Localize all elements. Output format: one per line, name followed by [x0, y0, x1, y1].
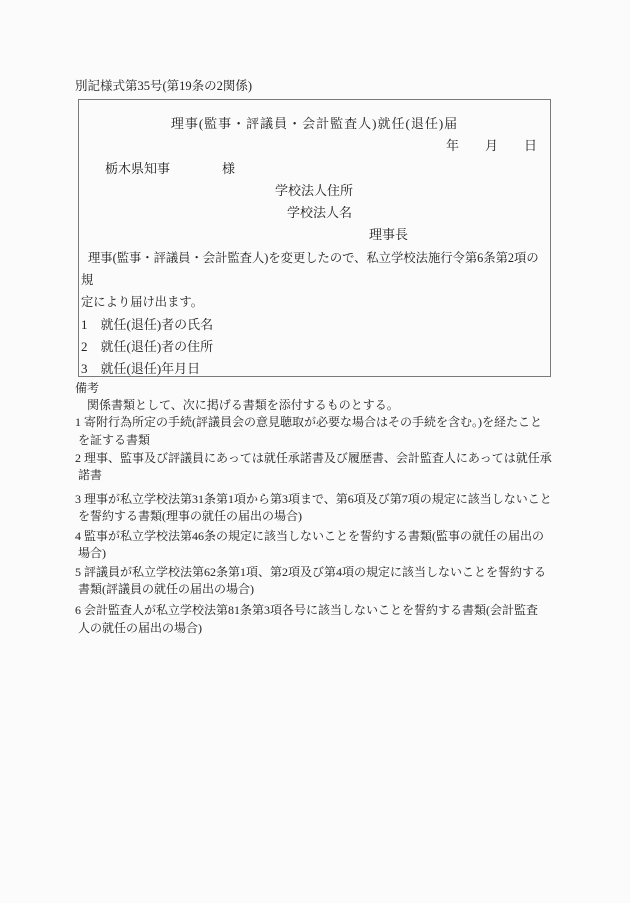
form-title: 理事(監事・評議員・会計監査人)就任(退任)届	[79, 113, 550, 135]
corporation-name-label: 学校法人名	[79, 202, 550, 224]
date-line: 年 月 日	[79, 135, 550, 157]
remark-item: 1 寄附行為所定の手続(評議員会の意見聴取が必要な場合はその手続を含む。)を経た…	[75, 414, 620, 448]
remarks-section: 備考 関係書類として、次に掲げる書類を添付するものとする。 1 寄附行為所定の手…	[75, 380, 620, 637]
remark-item: 3 理事が私立学校法第31条第1項から第3項まで、第6項及び第7項の規定に該当し…	[75, 491, 620, 525]
remark-item: 6 会計監査人が私立学校法第81条第3項各号に該当しないことを誓約する書類(会計…	[75, 602, 620, 636]
addressee-line: 栃木県知事 様	[79, 158, 550, 180]
remark-item: 5 評議員が私立学校法第62条第1項、第2項及び第4項の規定に該当しないことを誓…	[75, 564, 620, 598]
chairman-label: 理事長	[79, 224, 550, 246]
form-item-name: 1 就任(退任)者の氏名	[79, 314, 550, 336]
remarks-heading: 備考	[75, 380, 620, 397]
form-item-address: 2 就任(退任)者の住所	[79, 336, 550, 358]
document-page: 別記様式第35号(第19条の2関係) 理事(監事・評議員・会計監査人)就任(退任…	[0, 0, 630, 903]
remark-list: 1 寄附行為所定の手続(評議員会の意見聴取が必要な場合はその手続を含む。)を経た…	[75, 414, 620, 636]
form-style-label: 別記様式第35号(第19条の2関係)	[75, 79, 252, 94]
form-item-date: 3 就任(退任)年月日	[79, 358, 550, 380]
notification-form-box: 理事(監事・評議員・会計監査人)就任(退任)届 年 月 日 栃木県知事 様 学校…	[78, 99, 551, 377]
form-body-text: 理事(監事・評議員・会計監査人)を変更したので、私立学校法施行令第6条第2項の規…	[79, 247, 550, 314]
remarks-intro: 関係書類として、次に掲げる書類を添付するものとする。	[75, 397, 620, 414]
remark-item: 2 理事、監事及び評議員にあっては就任承諾書及び履歴書、会計監査人にあっては就任…	[75, 450, 620, 484]
corporation-address-label: 学校法人住所	[79, 180, 550, 202]
remark-item: 4 監事が私立学校法第46条の規定に該当しないことを誓約する書類(監事の就任の届…	[75, 528, 620, 562]
